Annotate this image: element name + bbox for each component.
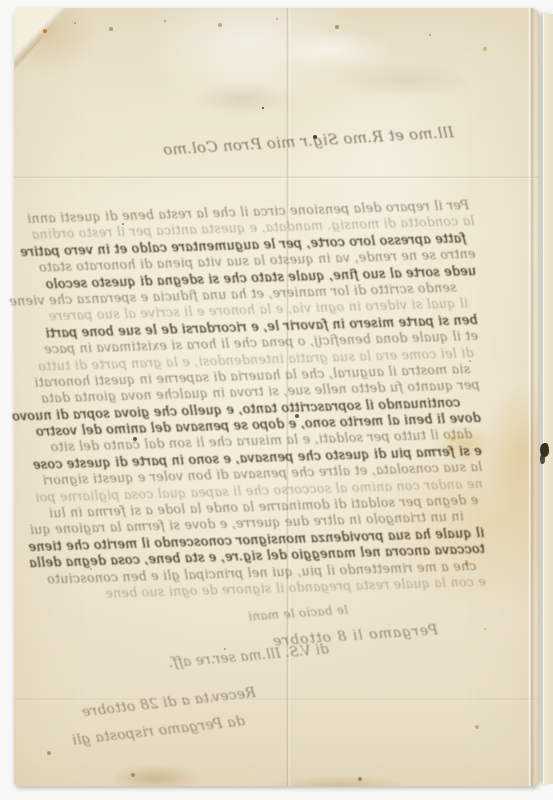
- ink-blot: [540, 443, 549, 457]
- mirrored-text: di V.S. Ill.ma ser.re aff.: [177, 641, 330, 670]
- handwriting-signature: di V.S. Ill.ma ser.re aff.: [177, 641, 330, 670]
- mirrored-text: le bacio le mani: [252, 603, 349, 624]
- mirrored-text: Recev.ta a di 28 ottobreda Pergamo rispo…: [38, 680, 261, 758]
- scanner-background: { "description": "Scan of an aged handwr…: [0, 0, 553, 800]
- handwriting-docket-block: Recev.ta a di 28 ottobreda Pergamo rispo…: [38, 680, 261, 758]
- paper-sheet: Ill.mo et R.mo Sig.r mio P.ron Col.mo Pe…: [14, 8, 538, 786]
- vertical-right-crease: [528, 8, 534, 786]
- second-leaf-edge: [543, 14, 553, 784]
- handwriting-body-block: Per il reparo dela pensione circa il che…: [18, 197, 486, 605]
- foxing-speckles: [14, 8, 16, 10]
- top-left-corner-fold: [14, 8, 66, 72]
- horizontal-upper-crease: [14, 176, 538, 179]
- mirrored-text: Per il reparo dela pensione circa il che…: [18, 197, 486, 605]
- handwriting-courtesy-line: le bacio le mani: [252, 603, 349, 624]
